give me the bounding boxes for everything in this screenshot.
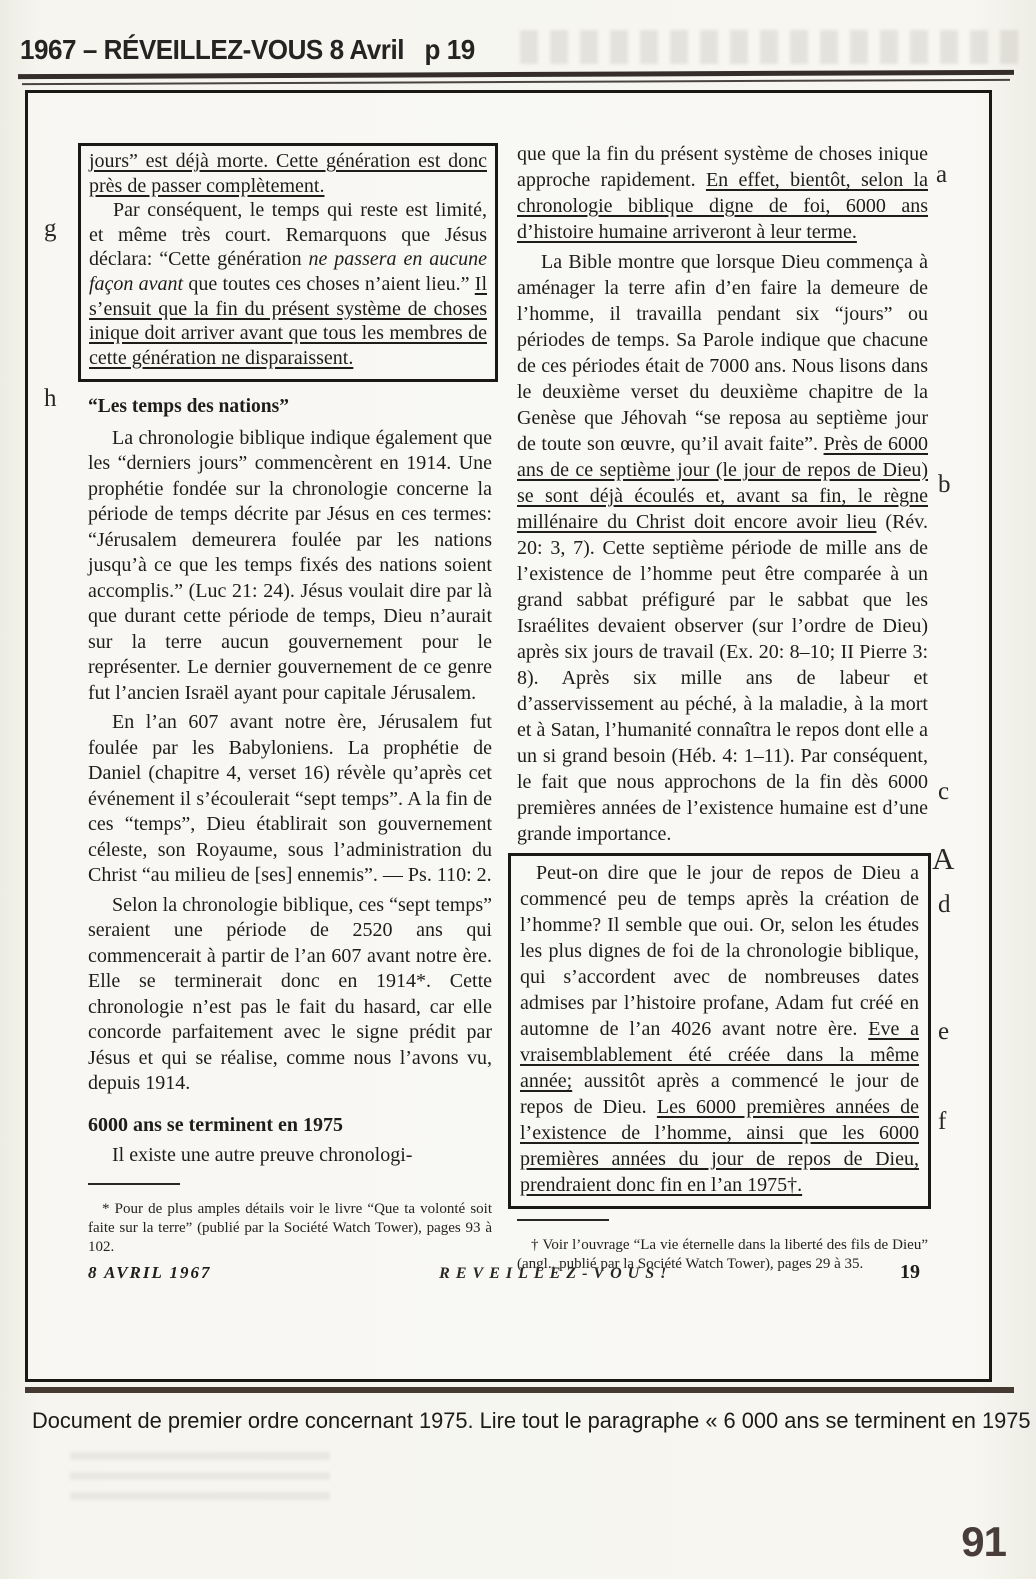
footer-issue-date: 8 AVRIL 1967 (88, 1263, 212, 1283)
left-paragraph-2: En l’an 607 avant notre ère, Jérusalem f… (88, 710, 492, 889)
footnote-left: * Pour de plus amples détails voir le li… (88, 1200, 492, 1257)
article-frame: g h a b c A d e f jours” est déjà morte.… (25, 90, 992, 1382)
book-page-number: 91 (961, 1518, 1006, 1566)
margin-letter-f: f (938, 1108, 946, 1136)
left-paragraph-4: Il existe une autre preuve chronologi- (88, 1143, 492, 1169)
page-header: 1967 – RÉVEILLEZ-VOUS 8 Avrilp 19 (20, 34, 475, 66)
margin-letter-A: A (932, 841, 954, 877)
right-paragraph-2: La Bible montre que lorsque Dieu commenç… (517, 249, 928, 847)
header-rule-thin (22, 79, 1010, 85)
bleedthrough-artifact-bottom (70, 1445, 330, 1500)
margin-letter-c: c (938, 778, 949, 806)
intro-paragraph-1: jours” est déjà morte. Cette génération … (89, 149, 487, 198)
margin-letter-b: b (938, 471, 951, 499)
right-paragraph-1: que que la fin du présent système de cho… (517, 141, 928, 245)
header-title: 1967 – RÉVEILLEZ-VOUS 8 Avril (20, 34, 404, 65)
footer-page-number: 19 (900, 1261, 920, 1284)
intro-paragraph-2: Par conséquent, le temps qui reste est l… (89, 198, 487, 370)
left-column: jours” est déjà morte. Cette génération … (88, 143, 492, 1272)
editorial-caption: Document de premier ordre concernant 197… (32, 1408, 983, 1434)
section-heading-6000-ans: 6000 ans se terminent en 1975 (88, 1113, 492, 1139)
running-footer: 8 AVRIL 1967 REVEILLEZ-VOUS! 19 (88, 1261, 920, 1284)
footnote-separator-left (88, 1183, 180, 1185)
margin-letter-a: a (936, 161, 947, 189)
bottom-rule (25, 1387, 1014, 1393)
boxed-paragraph-1975: Peut-on dire que le jour de repos de Die… (520, 860, 919, 1198)
left-paragraph-3: Selon la chronologie biblique, ces “sept… (88, 893, 492, 1097)
emphasized-intro-box: jours” est déjà morte. Cette génération … (78, 143, 498, 382)
margin-letter-d: d (938, 891, 951, 919)
left-paragraph-1: La chronologie biblique indique égalemen… (88, 426, 492, 707)
header-rule-thick (18, 70, 1014, 79)
footer-magazine-title: REVEILLEZ-VOUS! (439, 1265, 672, 1283)
margin-letter-h: h (44, 385, 57, 413)
header-page-ref: p 19 (424, 34, 474, 65)
bleedthrough-artifact (520, 30, 1020, 64)
emphasized-1975-box: Peut-on dire que le jour de repos de Die… (508, 853, 931, 1209)
footnote-separator-right (517, 1219, 609, 1221)
right-column: que que la fin du présent système de cho… (517, 141, 928, 1289)
section-heading-temps-des-nations: “Les temps des nations” (88, 394, 492, 420)
margin-letter-g: g (44, 215, 57, 243)
margin-letter-e: e (938, 1018, 949, 1046)
